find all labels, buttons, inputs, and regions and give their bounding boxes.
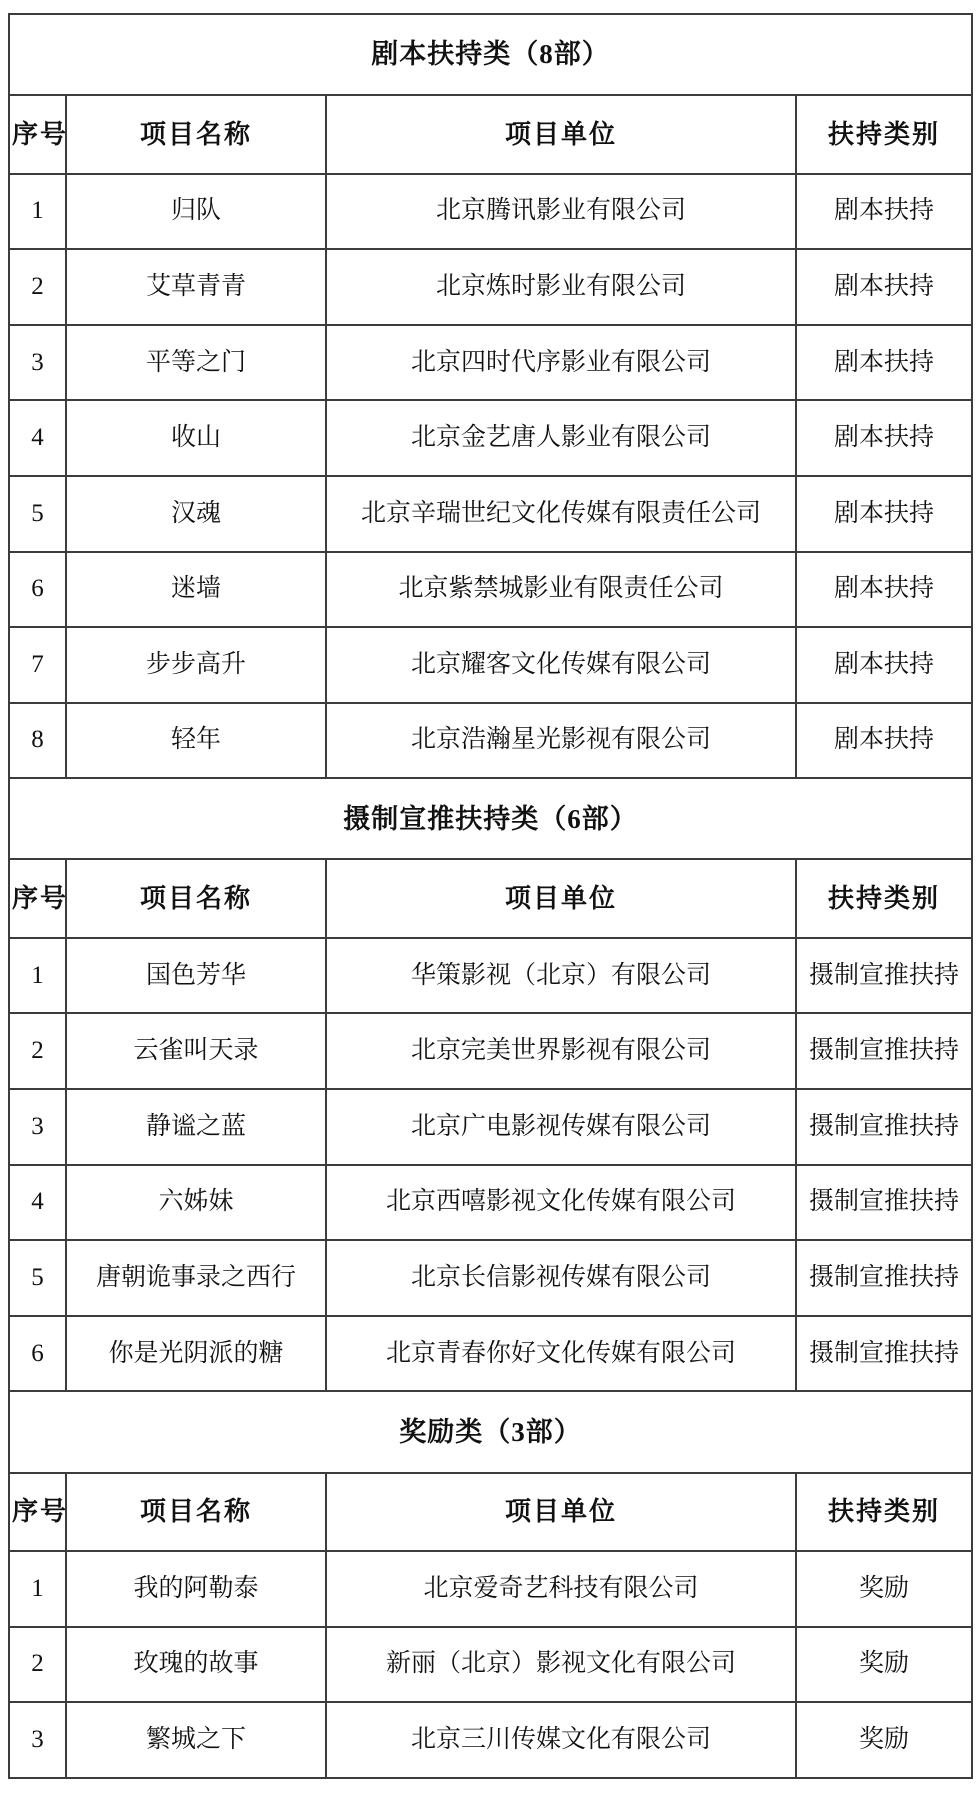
row-number: 2 [9, 249, 66, 325]
table-row: 2云雀叫天录北京完美世界影视有限公司摄制宣推扶持 [9, 1013, 972, 1089]
project-name: 我的阿勒泰 [66, 1551, 326, 1627]
row-number: 1 [9, 1551, 66, 1627]
table-row: 7步步高升北京耀客文化传媒有限公司剧本扶持 [9, 627, 972, 703]
project-name: 繁城之下 [66, 1702, 326, 1778]
section-title-row: 剧本扶持类（8部） [9, 14, 972, 95]
section-title: 奖励类（3部） [9, 1391, 972, 1472]
row-number: 1 [9, 174, 66, 250]
table-row: 1归队北京腾讯影业有限公司剧本扶持 [9, 174, 972, 250]
column-header: 扶持类别 [796, 859, 972, 937]
column-header: 序号 [9, 95, 66, 173]
project-unit: 北京辛瑞世纪文化传媒有限责任公司 [326, 476, 796, 552]
table-row: 6迷墙北京紫禁城影业有限责任公司剧本扶持 [9, 552, 972, 628]
row-number: 6 [9, 552, 66, 628]
row-number: 1 [9, 938, 66, 1014]
support-category: 奖励 [796, 1551, 972, 1627]
project-unit: 北京爱奇艺科技有限公司 [326, 1551, 796, 1627]
project-unit: 北京青春你好文化传媒有限公司 [326, 1316, 796, 1392]
project-name: 你是光阴派的糖 [66, 1316, 326, 1392]
support-category: 摄制宣推扶持 [796, 1089, 972, 1165]
column-header-row: 序号项目名称项目单位扶持类别 [9, 1473, 972, 1551]
row-number: 5 [9, 476, 66, 552]
section-title: 摄制宣推扶持类（6部） [9, 778, 972, 859]
project-name: 云雀叫天录 [66, 1013, 326, 1089]
row-number: 3 [9, 1089, 66, 1165]
support-category: 剧本扶持 [796, 400, 972, 476]
row-number: 6 [9, 1316, 66, 1392]
row-number: 7 [9, 627, 66, 703]
project-unit: 北京西嘻影视文化传媒有限公司 [326, 1165, 796, 1241]
project-unit: 北京长信影视传媒有限公司 [326, 1240, 796, 1316]
column-header-row: 序号项目名称项目单位扶持类别 [9, 95, 972, 173]
project-name: 国色芳华 [66, 938, 326, 1014]
project-name: 步步高升 [66, 627, 326, 703]
table-row: 2玫瑰的故事新丽（北京）影视文化有限公司奖励 [9, 1627, 972, 1703]
column-header: 项目名称 [66, 859, 326, 937]
project-name: 艾草青青 [66, 249, 326, 325]
row-number: 5 [9, 1240, 66, 1316]
support-projects-table: 剧本扶持类（8部）序号项目名称项目单位扶持类别1归队北京腾讯影业有限公司剧本扶持… [8, 13, 973, 1779]
table-row: 5汉魂北京辛瑞世纪文化传媒有限责任公司剧本扶持 [9, 476, 972, 552]
project-unit: 北京耀客文化传媒有限公司 [326, 627, 796, 703]
table-body: 剧本扶持类（8部）序号项目名称项目单位扶持类别1归队北京腾讯影业有限公司剧本扶持… [9, 14, 972, 1778]
section-title: 剧本扶持类（8部） [9, 14, 972, 95]
support-category: 摄制宣推扶持 [796, 1240, 972, 1316]
column-header: 序号 [9, 859, 66, 937]
table-row: 3静谧之蓝北京广电影视传媒有限公司摄制宣推扶持 [9, 1089, 972, 1165]
column-header: 项目名称 [66, 95, 326, 173]
support-category: 剧本扶持 [796, 249, 972, 325]
support-category: 摄制宣推扶持 [796, 1316, 972, 1392]
row-number: 3 [9, 325, 66, 401]
project-name: 轻年 [66, 703, 326, 779]
column-header: 扶持类别 [796, 1473, 972, 1551]
project-unit: 新丽（北京）影视文化有限公司 [326, 1627, 796, 1703]
row-number: 2 [9, 1627, 66, 1703]
project-name: 唐朝诡事录之西行 [66, 1240, 326, 1316]
column-header: 项目名称 [66, 1473, 326, 1551]
column-header: 项目单位 [326, 1473, 796, 1551]
support-category: 奖励 [796, 1702, 972, 1778]
support-category: 剧本扶持 [796, 174, 972, 250]
project-unit: 北京腾讯影业有限公司 [326, 174, 796, 250]
project-name: 收山 [66, 400, 326, 476]
table-row: 1我的阿勒泰北京爱奇艺科技有限公司奖励 [9, 1551, 972, 1627]
project-unit: 北京紫禁城影业有限责任公司 [326, 552, 796, 628]
table-row: 4六姊妹北京西嘻影视文化传媒有限公司摄制宣推扶持 [9, 1165, 972, 1241]
project-unit: 北京浩瀚星光影视有限公司 [326, 703, 796, 779]
table-row: 2艾草青青北京炼时影业有限公司剧本扶持 [9, 249, 972, 325]
table-row: 8轻年北京浩瀚星光影视有限公司剧本扶持 [9, 703, 972, 779]
project-name: 迷墙 [66, 552, 326, 628]
support-category: 摄制宣推扶持 [796, 1165, 972, 1241]
project-unit: 北京金艺唐人影业有限公司 [326, 400, 796, 476]
project-name: 平等之门 [66, 325, 326, 401]
support-category: 剧本扶持 [796, 552, 972, 628]
project-unit: 北京炼时影业有限公司 [326, 249, 796, 325]
support-category: 剧本扶持 [796, 627, 972, 703]
project-name: 静谧之蓝 [66, 1089, 326, 1165]
project-name: 六姊妹 [66, 1165, 326, 1241]
column-header: 序号 [9, 1473, 66, 1551]
table-row: 3平等之门北京四时代序影业有限公司剧本扶持 [9, 325, 972, 401]
row-number: 4 [9, 1165, 66, 1241]
support-category: 剧本扶持 [796, 325, 972, 401]
row-number: 4 [9, 400, 66, 476]
support-category: 剧本扶持 [796, 703, 972, 779]
row-number: 3 [9, 1702, 66, 1778]
project-unit: 北京完美世界影视有限公司 [326, 1013, 796, 1089]
section-title-row: 奖励类（3部） [9, 1391, 972, 1472]
table-row: 4收山北京金艺唐人影业有限公司剧本扶持 [9, 400, 972, 476]
column-header-row: 序号项目名称项目单位扶持类别 [9, 859, 972, 937]
section-title-row: 摄制宣推扶持类（6部） [9, 778, 972, 859]
project-name: 归队 [66, 174, 326, 250]
project-unit: 北京四时代序影业有限公司 [326, 325, 796, 401]
row-number: 2 [9, 1013, 66, 1089]
column-header: 扶持类别 [796, 95, 972, 173]
table-row: 3繁城之下北京三川传媒文化有限公司奖励 [9, 1702, 972, 1778]
table-row: 5唐朝诡事录之西行北京长信影视传媒有限公司摄制宣推扶持 [9, 1240, 972, 1316]
support-category: 摄制宣推扶持 [796, 938, 972, 1014]
table-row: 1国色芳华华策影视（北京）有限公司摄制宣推扶持 [9, 938, 972, 1014]
project-unit: 北京三川传媒文化有限公司 [326, 1702, 796, 1778]
project-unit: 华策影视（北京）有限公司 [326, 938, 796, 1014]
project-name: 玫瑰的故事 [66, 1627, 326, 1703]
project-name: 汉魂 [66, 476, 326, 552]
table-row: 6你是光阴派的糖北京青春你好文化传媒有限公司摄制宣推扶持 [9, 1316, 972, 1392]
project-unit: 北京广电影视传媒有限公司 [326, 1089, 796, 1165]
column-header: 项目单位 [326, 859, 796, 937]
column-header: 项目单位 [326, 95, 796, 173]
support-category: 剧本扶持 [796, 476, 972, 552]
support-category: 摄制宣推扶持 [796, 1013, 972, 1089]
document-page: 剧本扶持类（8部）序号项目名称项目单位扶持类别1归队北京腾讯影业有限公司剧本扶持… [0, 0, 980, 1800]
row-number: 8 [9, 703, 66, 779]
support-category: 奖励 [796, 1627, 972, 1703]
